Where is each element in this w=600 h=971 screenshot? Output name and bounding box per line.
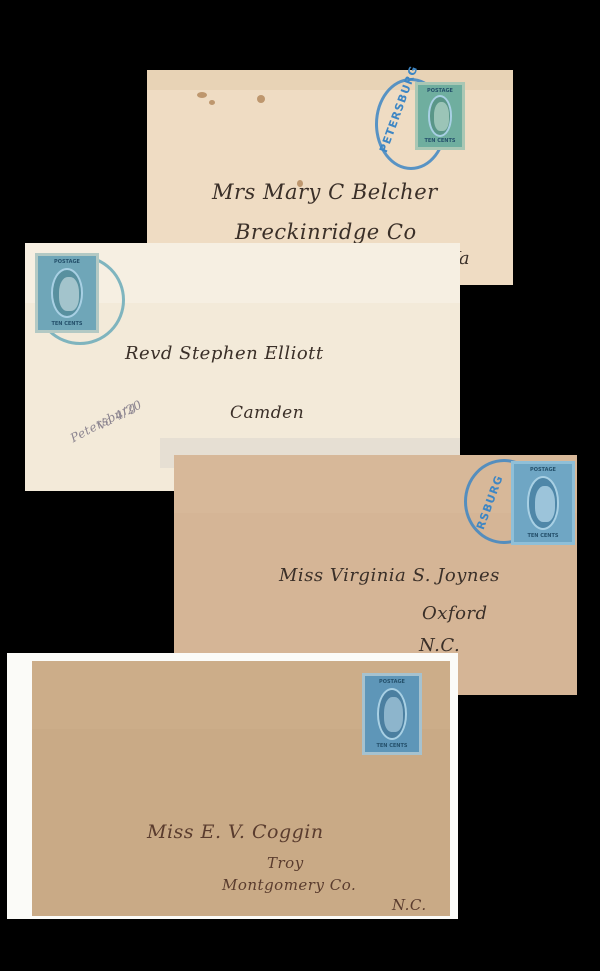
postage-stamp: POSTAGE TEN CENTS <box>415 82 465 150</box>
portrait <box>59 277 79 311</box>
address-line: N.C. <box>392 896 427 914</box>
cover-coggin: POSTAGE TEN CENTS Miss E. V. Coggin Troy… <box>32 661 450 916</box>
address-line: Montgomery Co. <box>222 876 356 894</box>
address-line: Camden <box>230 403 304 423</box>
address-line: Troy <box>267 854 304 872</box>
portrait <box>434 102 449 131</box>
address-line: Oxford <box>422 603 488 624</box>
portrait <box>384 697 402 732</box>
address-line: Mrs Mary C Belcher <box>212 180 438 204</box>
docket-note: Va 4/20 <box>95 397 145 432</box>
foxing-spot <box>257 95 265 103</box>
address-line: Breckinridge Co <box>235 220 417 244</box>
address-line: Miss E. V. Coggin <box>147 821 324 843</box>
portrait <box>535 486 555 522</box>
cover-elliott: POSTAGE TEN CENTS Revd Stephen Elliott C… <box>25 243 460 491</box>
postage-stamp: POSTAGE TEN CENTS <box>362 673 422 755</box>
cover-coggin-mount: POSTAGE TEN CENTS Miss E. V. Coggin Troy… <box>7 653 458 919</box>
foxing-spot <box>209 100 215 105</box>
postage-stamp: POSTAGE TEN CENTS <box>511 461 575 545</box>
address-line: Revd Stephen Elliott <box>125 343 324 364</box>
postage-stamp: POSTAGE TEN CENTS <box>35 253 99 333</box>
address-line: Miss Virginia S. Joynes <box>279 565 500 586</box>
foxing-spot <box>197 92 207 98</box>
